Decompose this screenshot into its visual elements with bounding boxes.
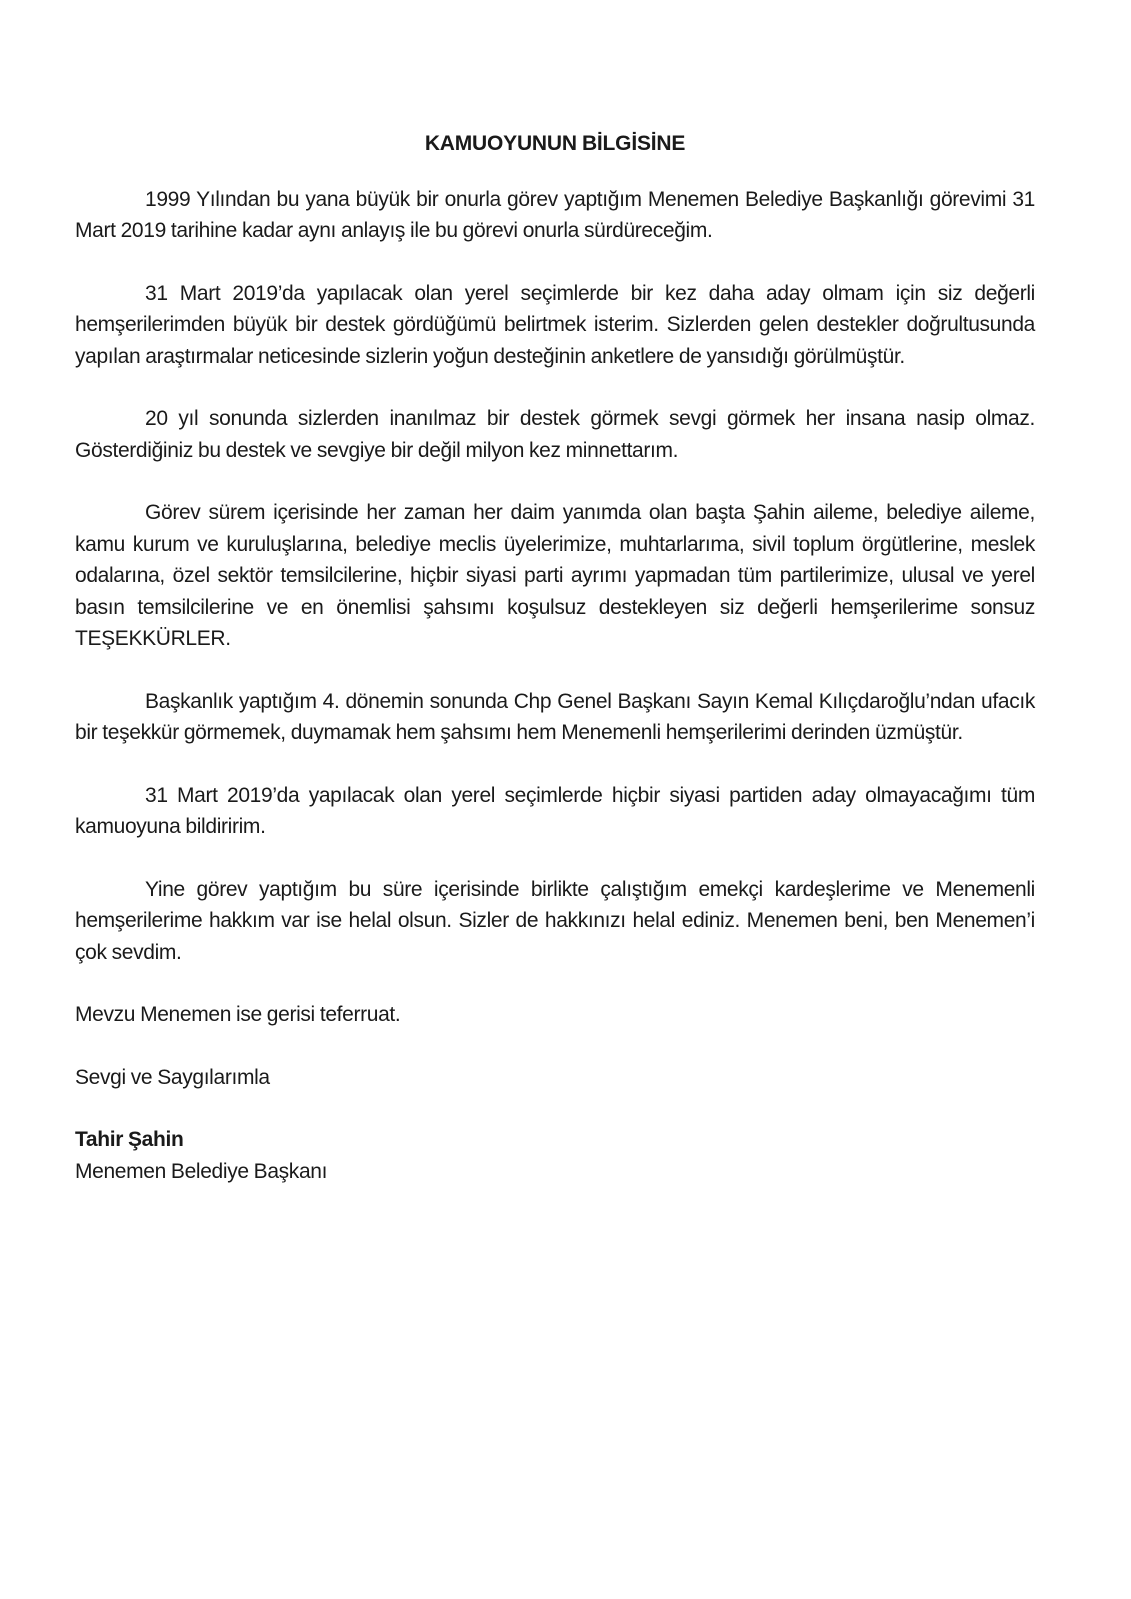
paragraph-thanks: Görev sürem içerisinde her zaman her dai…: [75, 497, 1035, 655]
paragraph-farewell: Yine görev yaptığım bu süre içerisinde b…: [75, 874, 1035, 969]
paragraph-intro: 1999 Yılından bu yana büyük bir onurla g…: [75, 184, 1035, 247]
closing-line: Mevzu Menemen ise gerisi teferruat.: [75, 999, 1035, 1031]
signature-block: Tahir Şahin Menemen Belediye Başkanı: [75, 1124, 1035, 1187]
salutation: Sevgi ve Saygılarımla: [75, 1062, 1035, 1094]
paragraph-support: 31 Mart 2019’da yapılacak olan yerel seç…: [75, 278, 1035, 373]
paragraph-announcement: 31 Mart 2019’da yapılacak olan yerel seç…: [75, 780, 1035, 843]
signature-name: Tahir Şahin: [75, 1124, 1035, 1156]
signature-role: Menemen Belediye Başkanı: [75, 1156, 1035, 1188]
letter-page: KAMUOYUNUN BİLGİSİNE 1999 Yılından bu ya…: [75, 128, 1035, 1187]
document-title: KAMUOYUNUN BİLGİSİNE: [75, 128, 1035, 160]
paragraph-disappointment: Başkanlık yaptığım 4. dönemin sonunda Ch…: [75, 686, 1035, 749]
paragraph-gratitude: 20 yıl sonunda sizlerden inanılmaz bir d…: [75, 403, 1035, 466]
